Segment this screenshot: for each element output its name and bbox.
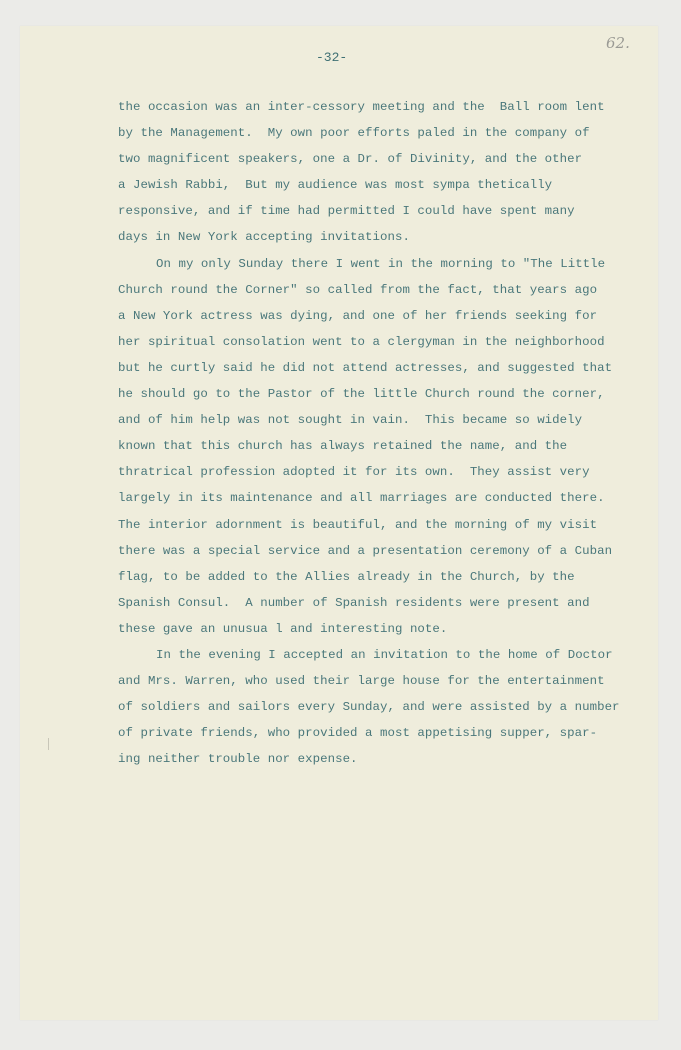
handwritten-folio-number: 62.: [606, 34, 630, 52]
text-line: In the evening I accepted an invitation …: [118, 646, 648, 672]
text-line: responsive, and if time had permitted I …: [118, 202, 648, 228]
text-line: two magnificent speakers, one a Dr. of D…: [118, 150, 648, 176]
text-line: Spanish Consul. A number of Spanish resi…: [118, 594, 648, 620]
text-line: largely in its maintenance and all marri…: [118, 489, 648, 515]
text-line: and Mrs. Warren, who used their large ho…: [118, 672, 648, 698]
text-line: by the Management. My own poor efforts p…: [118, 124, 648, 150]
text-line: ing neither trouble nor expense.: [118, 750, 648, 776]
text-line: a Jewish Rabbi, But my audience was most…: [118, 176, 648, 202]
typewritten-body: the occasion was an inter-cessory meetin…: [118, 98, 648, 776]
text-line: and of him help was not sought in vain. …: [118, 411, 648, 437]
text-line: days in New York accepting invitations.: [118, 228, 648, 254]
text-line: of soldiers and sailors every Sunday, an…: [118, 698, 648, 724]
text-line: these gave an unusua l and interesting n…: [118, 620, 648, 646]
paper-mark: [48, 738, 49, 750]
text-line: but he curtly said he did not attend act…: [118, 359, 648, 385]
text-line: The interior adornment is beautiful, and…: [118, 516, 648, 542]
text-line: thratrical profession adopted it for its…: [118, 463, 648, 489]
text-line: he should go to the Pastor of the little…: [118, 385, 648, 411]
text-line: her spiritual consolation went to a cler…: [118, 333, 648, 359]
text-line: flag, to be added to the Allies already …: [118, 568, 648, 594]
text-line: known that this church has always retain…: [118, 437, 648, 463]
text-line: there was a special service and a presen…: [118, 542, 648, 568]
text-line: the occasion was an inter-cessory meetin…: [118, 98, 648, 124]
page-number: -32-: [316, 50, 347, 65]
text-line: of private friends, who provided a most …: [118, 724, 648, 750]
text-line: On my only Sunday there I went in the mo…: [118, 255, 648, 281]
text-line: a New York actress was dying, and one of…: [118, 307, 648, 333]
text-line: Church round the Corner" so called from …: [118, 281, 648, 307]
